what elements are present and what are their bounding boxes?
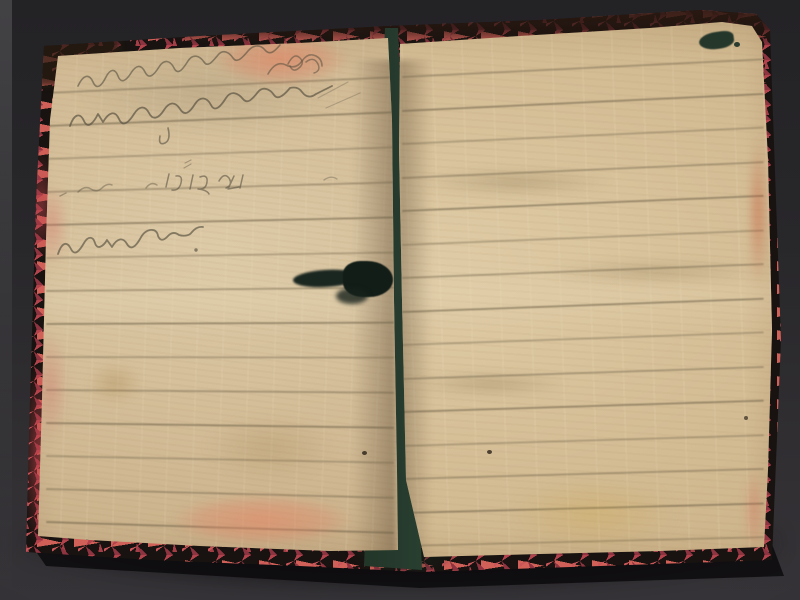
left-page-brown-smudge [205,415,335,480]
right-page-brown-smudge-3 [413,372,568,396]
ruled-line [402,92,764,111]
right-page-red-edge-stain-upper [748,138,768,288]
ink-blot-smear [336,288,368,304]
ruled-line [402,127,764,145]
right-page-speck-2 [744,416,748,420]
ruled-line [46,251,394,259]
right-page-yellow-stain [505,478,680,550]
ruled-line [46,216,394,226]
ruled-line [402,331,764,346]
left-page-speck [362,451,367,455]
background-left-light-strip [0,0,12,600]
ruled-line [402,195,764,212]
right-page-brown-smudge-1 [418,168,613,196]
right-page-dark-mark-dot [734,42,740,47]
right-page-red-edge-stain-lower [744,468,764,553]
left-page-brown-spot [88,362,142,404]
ruled-line [402,58,764,78]
ruled-line [402,297,764,312]
ruled-line [46,322,394,325]
ruled-line [46,356,394,359]
right-page-dark-mark [698,30,735,52]
right-page-speck [487,450,492,454]
ruled-line [402,229,764,246]
right-page-brown-smudge-2 [543,260,761,284]
ruled-line [402,434,764,447]
left-page-gutter-shading [352,60,396,560]
photo-stage [0,0,800,600]
ruled-line [402,400,764,413]
left-page-pink-band-bottom [172,495,352,545]
ruled-line [46,146,394,160]
ruled-line [46,181,394,193]
